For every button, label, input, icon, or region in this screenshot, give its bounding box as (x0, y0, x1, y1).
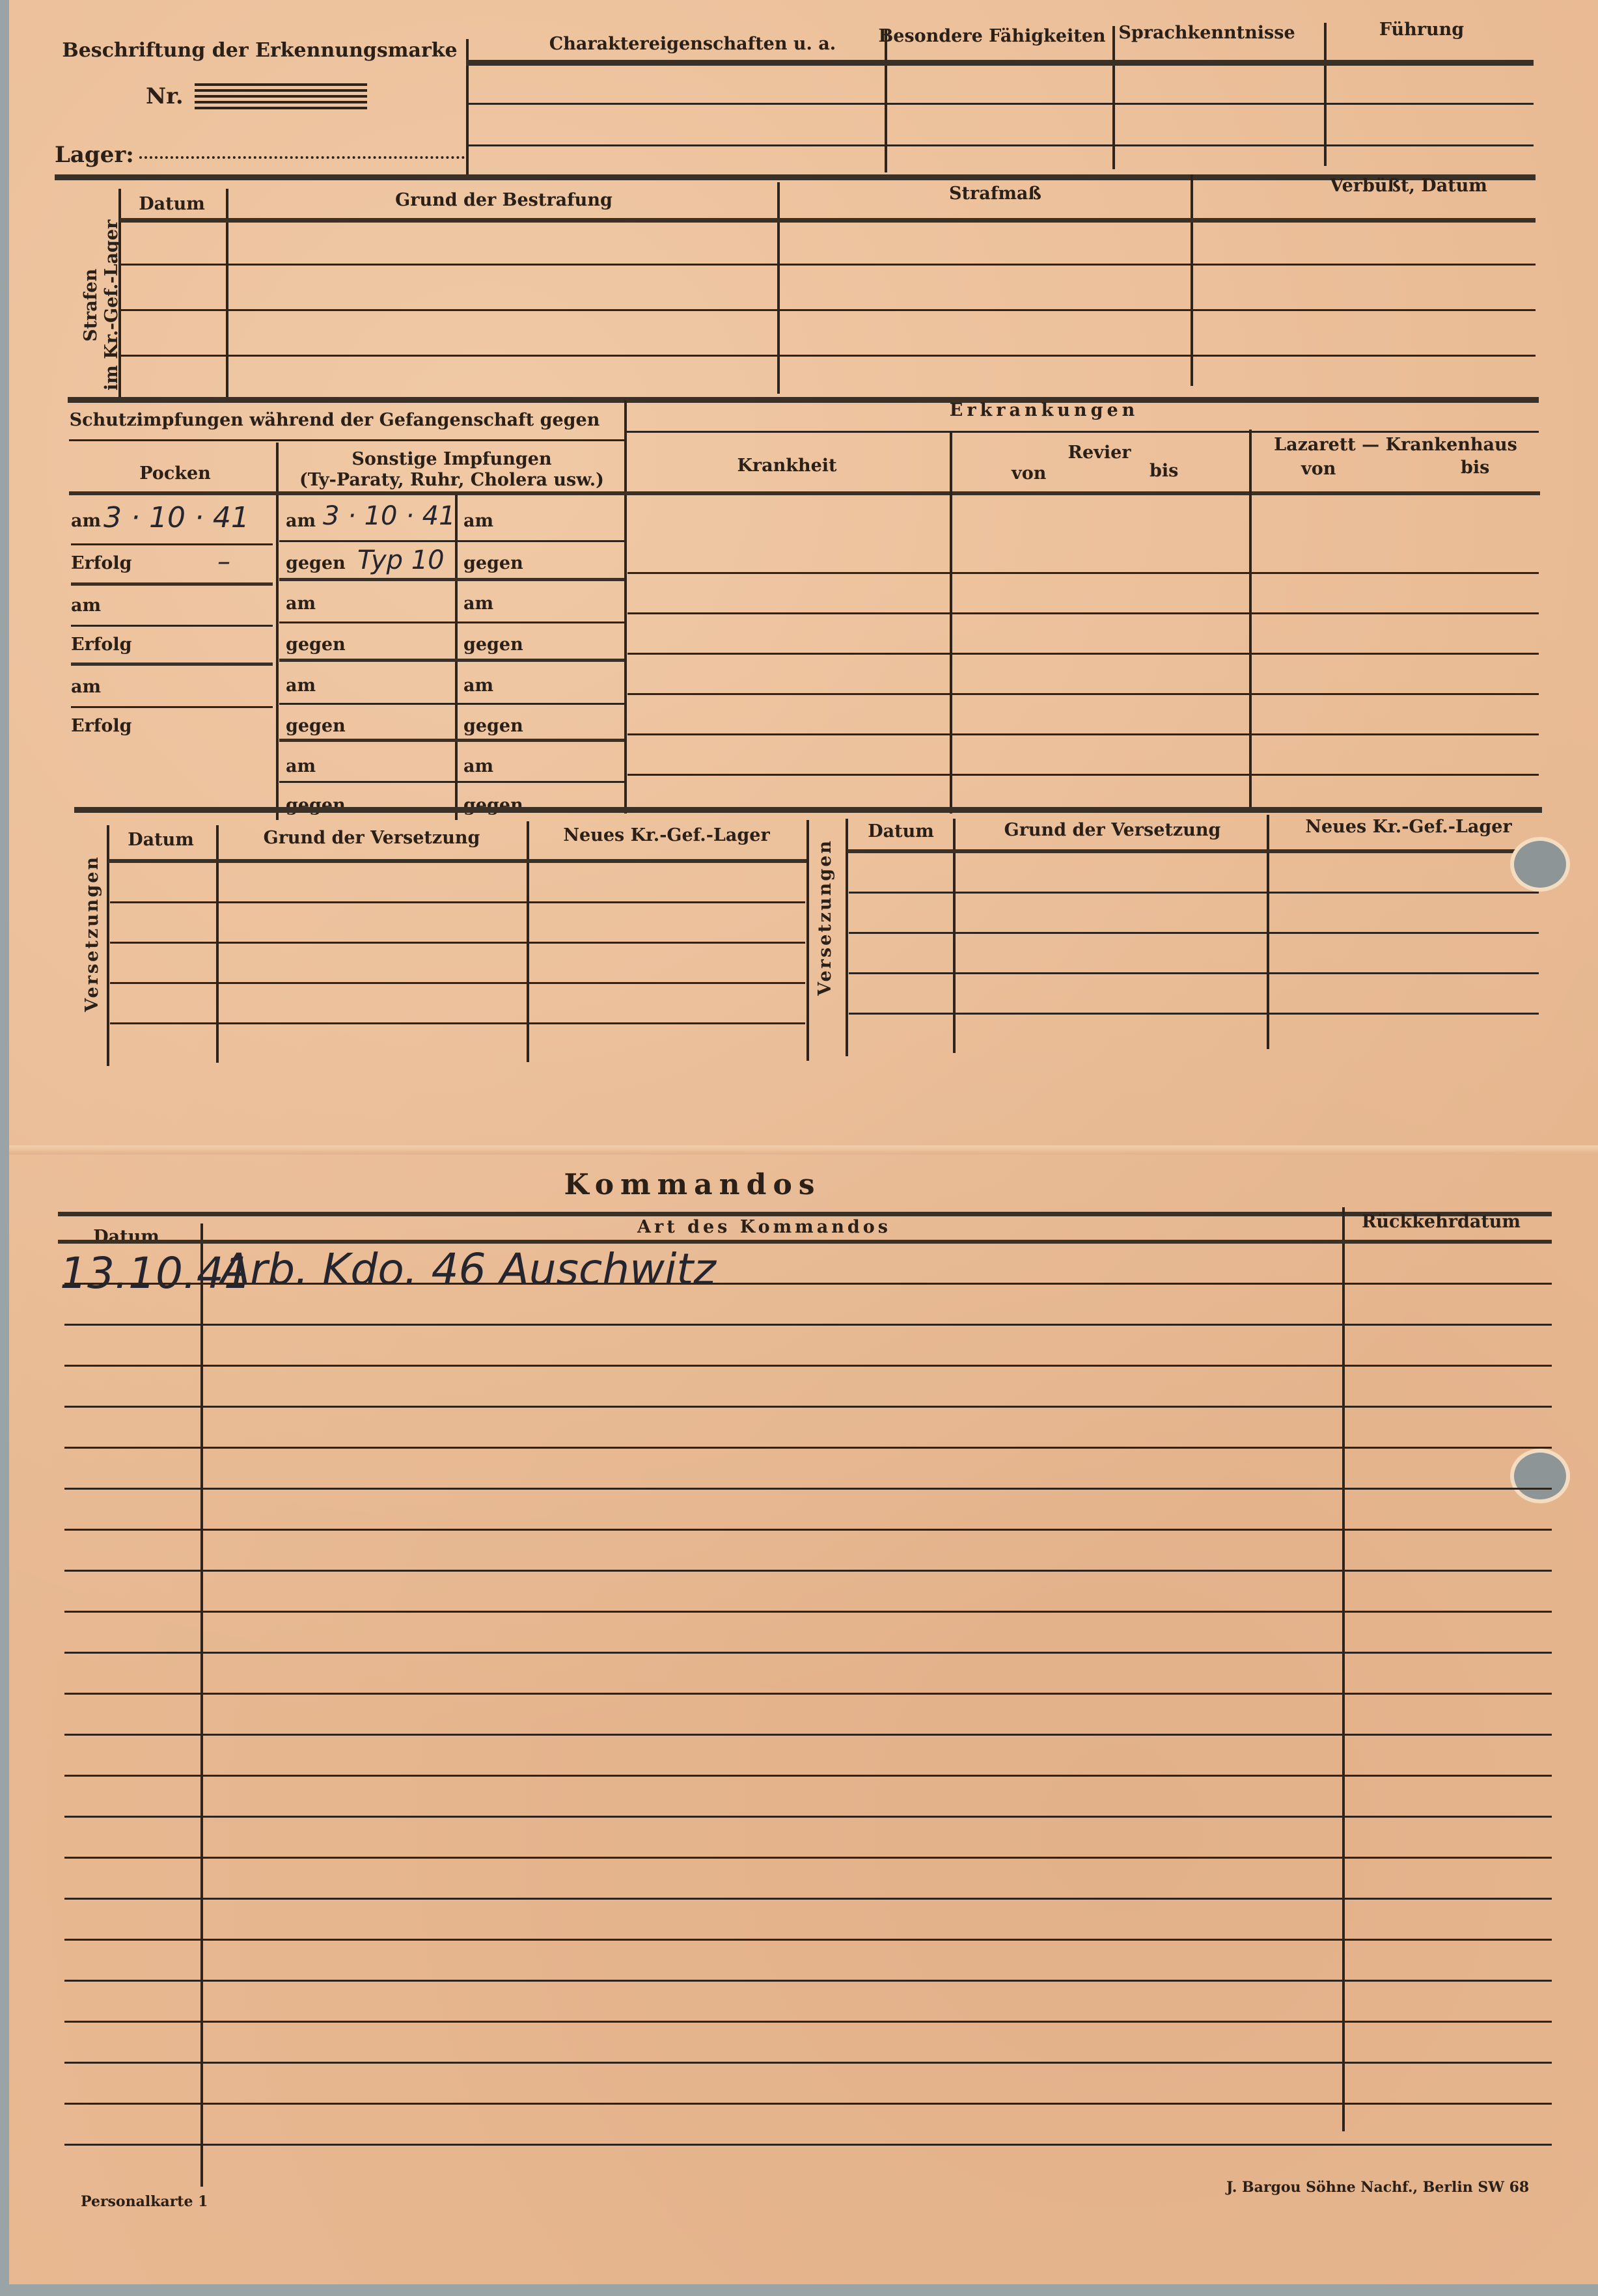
grid-line (279, 739, 624, 742)
sonstige-gegen-label-3r: gegen (463, 716, 523, 736)
sonstige-am-label-2r: am (463, 594, 493, 614)
grid-line (71, 706, 273, 708)
pocken-am-label: am (71, 511, 101, 531)
krankheit-label: Krankheit (737, 456, 836, 476)
sonstige-gegen-label-3: gegen (286, 716, 346, 736)
col-sprachkenntnisse: Sprachkenntnisse (1118, 23, 1295, 43)
sonstige-am-label-3r: am (463, 676, 493, 696)
strafen-side-label: Strafen (81, 269, 101, 342)
grid-line (806, 820, 809, 1061)
kommandos-col-art: Art des Kommandos (637, 1217, 891, 1237)
kommandos-col-rueckkehr: Rückkehrdatum (1362, 1212, 1521, 1232)
grid-line (279, 703, 624, 705)
grid-line (120, 218, 1536, 223)
grid-line (455, 495, 458, 820)
sonstige-gegen-value[interactable]: Typ 10 (357, 545, 445, 575)
sonstige-am-label-r: am (463, 511, 493, 531)
sonstige-am-label-4r: am (463, 756, 493, 776)
pocken-am-label-3: am (71, 677, 101, 697)
pocken-am-label-2: am (71, 595, 101, 616)
versetzungen-side-label-right: Versetzungen (815, 839, 835, 996)
versetzungen-right-rows[interactable] (849, 853, 1539, 1048)
grid-line (55, 174, 1536, 180)
lazarett-von: von (1301, 459, 1336, 479)
pocken-erfolg-label: Erfolg (71, 553, 132, 573)
grid-line (69, 491, 1540, 495)
grid-line (74, 807, 1542, 813)
sprachkenntnisse-field[interactable] (1115, 66, 1322, 170)
charakter-field[interactable] (469, 66, 883, 170)
col-charaktereigenschaften: Charaktereigenschaften u. a. (549, 34, 836, 54)
nr-field[interactable] (195, 83, 367, 109)
pocken-erfolg-label-2: Erfolg (71, 635, 132, 655)
versetzungen-left-rows[interactable] (110, 863, 805, 1058)
personalkarte-page: Beschriftung der Erkennungsmarke Nr. Lag… (9, 0, 1598, 2284)
grid-line (58, 1212, 1552, 1216)
sonstige-gegen-label: gegen (286, 553, 346, 573)
grid-line (279, 540, 624, 542)
fuehrung-field[interactable] (1327, 66, 1534, 170)
form-id: Personalkarte 1 (81, 2193, 208, 2210)
strafen-col-datum: Datum (139, 194, 205, 214)
lazarett-label: Lazarett — Krankenhaus (1274, 435, 1517, 455)
grid-line (279, 622, 624, 623)
revier-label: Revier (1068, 443, 1131, 463)
kommandos-rows[interactable] (64, 1244, 1552, 2155)
erkrankungen-title: Erkrankungen (950, 400, 1139, 420)
versetzungen-side-label-left: Versetzungen (82, 855, 102, 1012)
pocken-am-value[interactable]: 3 · 10 · 41 (103, 501, 249, 534)
strafen-entry-area[interactable] (121, 225, 1534, 394)
grid-line (68, 397, 1539, 403)
paper-fold (9, 1145, 1598, 1155)
grid-line (279, 781, 624, 783)
sonstige-gegen-label-2: gegen (286, 635, 346, 655)
revier-von: von (1012, 463, 1046, 484)
revier-bis: bis (1150, 461, 1178, 481)
strafen-col-verbuesst: Verbüßt, Datum (1330, 176, 1487, 196)
grid-line (71, 625, 273, 627)
sonstige-gegen-label-r: gegen (463, 553, 523, 573)
sonstige-am-label: am (286, 511, 316, 531)
pocken-label: Pocken (139, 463, 211, 484)
erkrankungen-rows[interactable] (627, 534, 1539, 813)
sonstige-label: Sonstige Impfungen (351, 449, 551, 469)
sonstige-am-value[interactable]: 3 · 10 · 41 (323, 501, 456, 531)
grid-line (624, 431, 1539, 433)
grid-line (71, 543, 273, 545)
vers-left-col-lager: Neues Kr.-Gef.-Lager (563, 825, 769, 845)
vers-left-col-grund: Grund der Versetzung (264, 828, 480, 848)
grid-line (69, 439, 624, 441)
lazarett-bis: bis (1461, 458, 1489, 478)
grid-line (624, 400, 627, 813)
vers-right-col-datum: Datum (868, 821, 934, 841)
faehigkeiten-field[interactable] (887, 66, 1110, 170)
lager-label: Lager: (55, 142, 134, 168)
vers-right-col-grund: Grund der Versetzung (1004, 820, 1221, 840)
impfungen-title: Schutzimpfungen während der Gefangenscha… (70, 410, 600, 430)
col-fuehrung: Führung (1379, 20, 1464, 40)
sonstige-gegen-label-2r: gegen (463, 635, 523, 655)
lager-field[interactable] (139, 156, 465, 159)
strafen-col-strafmass: Strafmaß (949, 184, 1041, 204)
kommandos-title: Kommandos (564, 1168, 821, 1201)
erkennungsmarke-label: Beschriftung der Erkennungsmarke (62, 39, 457, 62)
strafen-col-grund: Grund der Bestrafung (395, 190, 613, 210)
punch-hole-top (1514, 841, 1566, 888)
pocken-erfolg-label-3: Erfolg (71, 716, 132, 736)
sonstige-am-label-3: am (286, 676, 316, 696)
sonstige-am-label-4: am (286, 756, 316, 776)
grid-line (846, 819, 848, 1056)
grid-line (276, 443, 279, 820)
grid-line (279, 578, 624, 581)
col-besondere-faehigkeiten: Besondere Fähigkeiten (878, 26, 1105, 46)
grid-line (71, 582, 273, 586)
vers-right-col-lager: Neues Kr.-Gef.-Lager (1305, 817, 1511, 837)
grid-line (466, 60, 1534, 66)
sonstige-am-label-2: am (286, 594, 316, 614)
printer-imprint: J. Bargou Söhne Nachf., Berlin SW 68 (1226, 2179, 1529, 2196)
nr-label: Nr. (146, 83, 184, 109)
grid-line (279, 659, 624, 662)
vers-left-col-datum: Datum (128, 830, 194, 850)
pocken-erfolg-value[interactable]: – (217, 547, 230, 577)
sonstige-sub: (Ty-Paraty, Ruhr, Cholera usw.) (299, 470, 604, 490)
grid-line (71, 663, 273, 666)
